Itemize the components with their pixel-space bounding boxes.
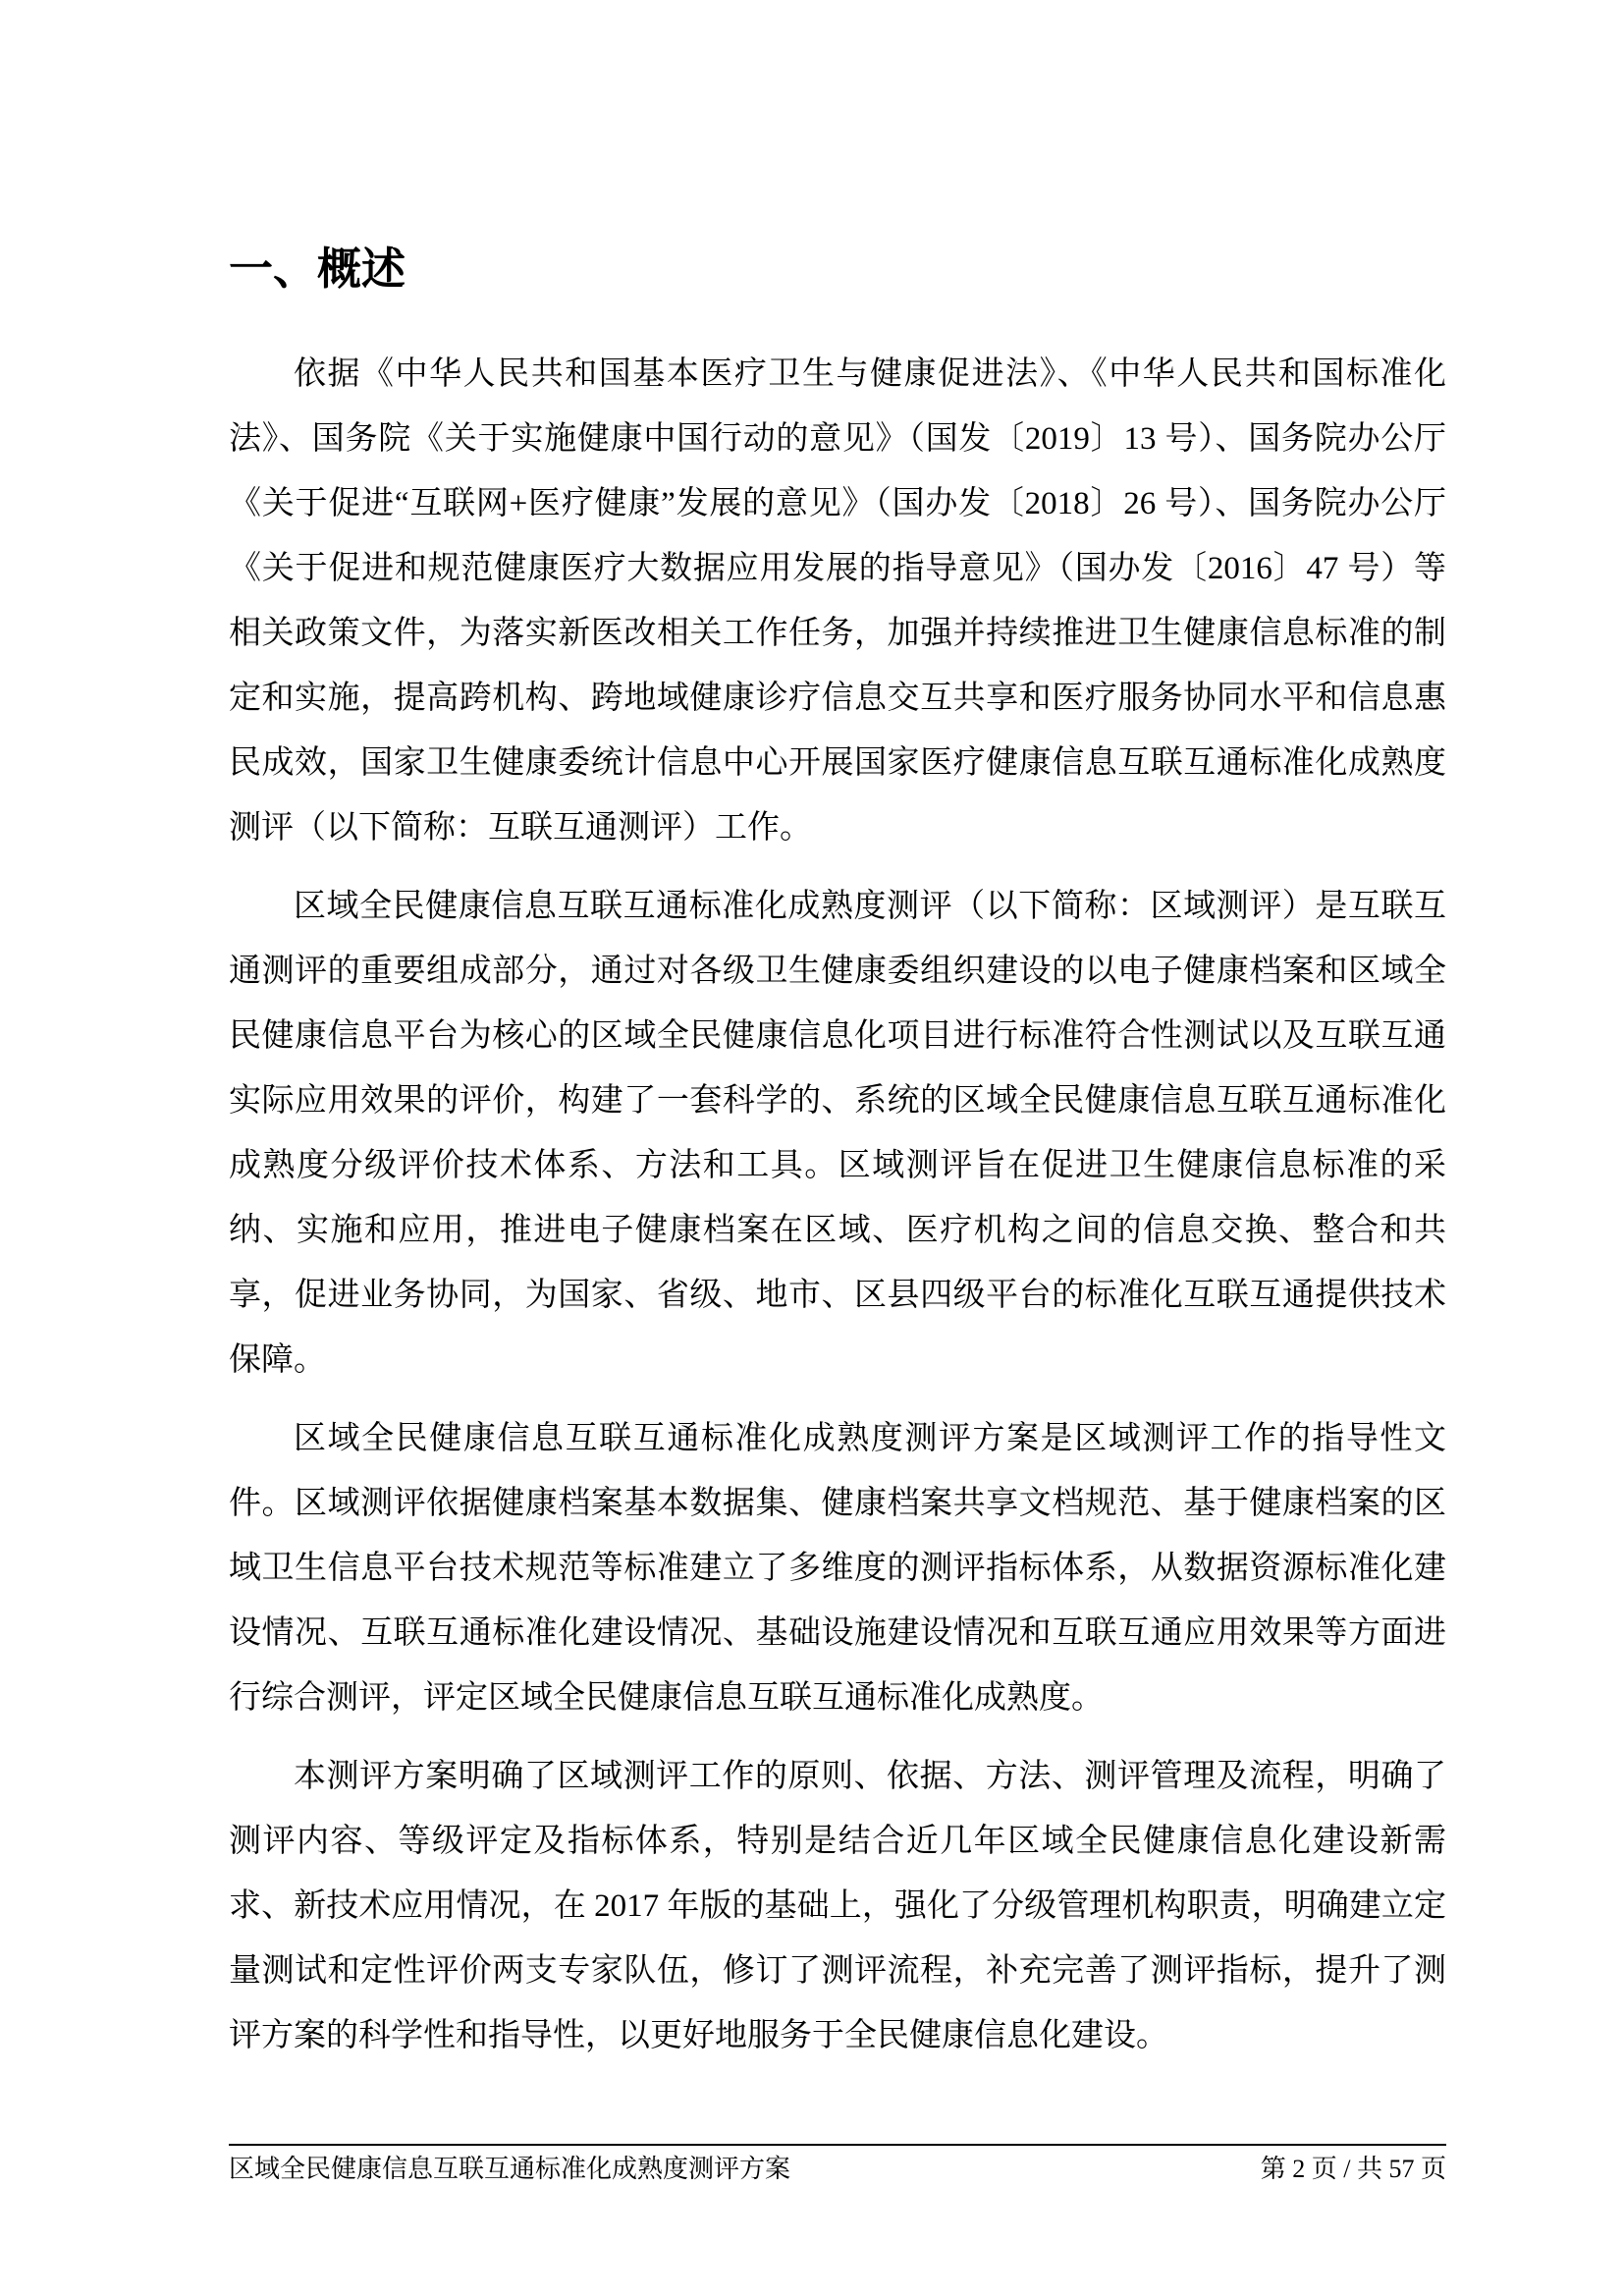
document-page: 一、概述 依据《中华人民共和国基本医疗卫生与健康促进法》、《中华人民共和国标准化… bbox=[0, 0, 1623, 2296]
footer-page-number: 第 2 页 / 共 57 页 bbox=[1261, 2154, 1446, 2185]
page-body: 一、概述 依据《中华人民共和国基本医疗卫生与健康促进法》、《中华人民共和国标准化… bbox=[229, 0, 1446, 2068]
footer-doc-title: 区域全民健康信息互联互通标准化成熟度测评方案 bbox=[229, 2154, 790, 2185]
paragraph-1: 依据《中华人民共和国基本医疗卫生与健康促进法》、《中华人民共和国标准化法》、国务… bbox=[229, 342, 1446, 860]
paragraph-4: 本测评方案明确了区域测评工作的原则、依据、方法、测评管理及流程，明确了测评内容、… bbox=[229, 1744, 1446, 2068]
body-text: 依据《中华人民共和国基本医疗卫生与健康促进法》、《中华人民共和国标准化法》、国务… bbox=[229, 342, 1446, 2068]
paragraph-2: 区域全民健康信息互联互通标准化成熟度测评（以下简称：区域测评）是互联互通测评的重… bbox=[229, 874, 1446, 1393]
section-heading: 一、概述 bbox=[229, 240, 1446, 299]
page-footer: 区域全民健康信息互联互通标准化成熟度测评方案 第 2 页 / 共 57 页 bbox=[229, 2144, 1446, 2185]
paragraph-3: 区域全民健康信息互联互通标准化成熟度测评方案是区域测评工作的指导性文件。区域测评… bbox=[229, 1406, 1446, 1730]
